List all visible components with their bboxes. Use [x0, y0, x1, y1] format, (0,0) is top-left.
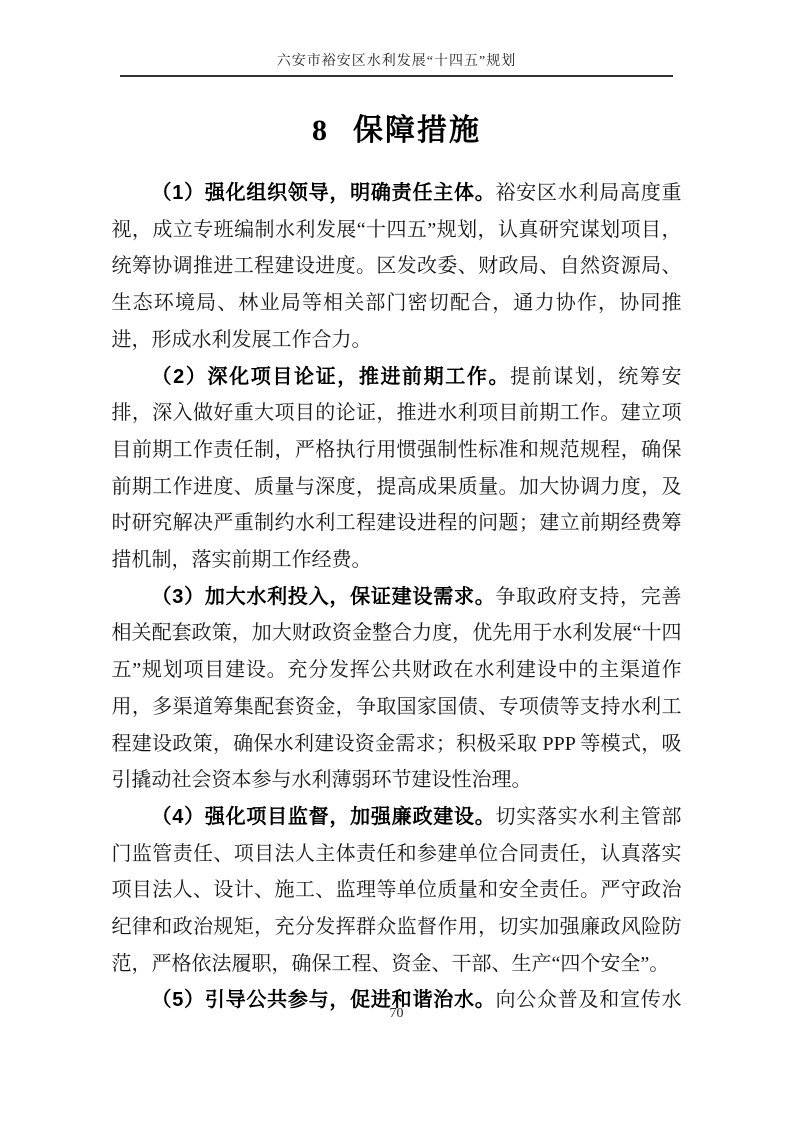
- chapter-heading: 8保障措施: [0, 113, 793, 149]
- paragraph-text: 争取政府支持，完善相关配套政策，加大财政资金整合力度，优先用于水利发展“十四五”…: [112, 586, 682, 792]
- paragraph-text: 提前谋划，统筹安排，深入做好重大项目的论证，推进水利项目前期工作。建立项目前期工…: [112, 366, 682, 572]
- page-footer: 70: [0, 1006, 793, 1022]
- page-header: 六安市裕安区水利发展“十四五”规划: [0, 0, 793, 77]
- body-paragraph: （3）加大水利投入，保证建设需求。争取政府支持，完善相关配套政策，加大财政资金整…: [112, 579, 682, 799]
- chapter-title: 保障措施: [353, 114, 481, 147]
- chapter-number: 8: [312, 114, 327, 147]
- paragraph-lead: （1）强化组织领导，明确责任主体。: [152, 182, 496, 204]
- body-paragraph: （4）强化项目监督，加强廉政建设。切实落实水利主管部门监管责任、项目法人主体责任…: [112, 799, 682, 983]
- body-paragraph: （2）深化项目论证，推进前期工作。提前谋划，统筹安排，深入做好重大项目的论证，推…: [112, 359, 682, 579]
- paragraph-text: 切实落实水利主管部门监管责任、项目法人主体责任和参建单位合同责任，认真落实项目法…: [112, 806, 682, 975]
- document-page: 六安市裕安区水利发展“十四五”规划 8保障措施 （1）强化组织领导，明确责任主体…: [0, 0, 793, 1122]
- running-header-title: 六安市裕安区水利发展“十四五”规划: [277, 54, 516, 69]
- body-content: （1）强化组织领导，明确责任主体。裕安区水利局高度重视，成立专班编制水利发展“十…: [112, 175, 682, 1023]
- body-paragraph: （1）强化组织领导，明确责任主体。裕安区水利局高度重视，成立专班编制水利发展“十…: [112, 175, 682, 359]
- page-number: 70: [390, 1006, 404, 1021]
- paragraph-lead: （2）深化项目论证，推进前期工作。: [152, 366, 511, 388]
- header-rule: 六安市裕安区水利发展“十四五”规划: [120, 50, 673, 77]
- paragraph-lead: （3）加大水利投入，保证建设需求。: [152, 586, 496, 608]
- paragraph-lead: （4）强化项目监督，加强廉政建设。: [152, 806, 496, 828]
- paragraph-text: 裕安区水利局高度重视，成立专班编制水利发展“十四五”规划，认真研究谋划项目，统筹…: [112, 182, 682, 351]
